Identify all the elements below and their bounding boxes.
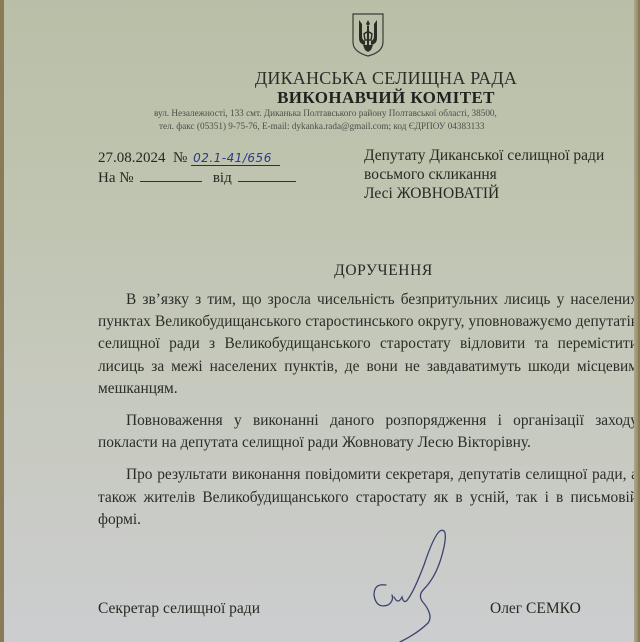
org-address: вул. Незалежності, 133 смт. Диканька Пол…: [154, 107, 594, 133]
reply-label: На №: [98, 170, 134, 186]
document-date: 27.08.2024: [98, 150, 166, 166]
reply-number-blank: [140, 169, 202, 182]
document-title: ДОРУЧЕННЯ: [4, 262, 638, 280]
body-paragraph: Повноваження у виконанні даного розпоряд…: [98, 410, 638, 454]
org-name: ДИКАНСЬКА СЕЛИЩНА РАДА: [4, 68, 638, 89]
reply-date-blank: [238, 169, 296, 182]
handwritten-number: 02.1-41/656: [191, 151, 280, 166]
address-line-2: тел. факс (05351) 9-75-76, E-mail: dykan…: [154, 120, 594, 133]
recipient-block: Депутату Диканської селищної ради восьмо…: [364, 146, 604, 203]
handwritten-signature-icon: [364, 525, 454, 642]
recipient-line-2: восьмого скликання: [364, 165, 604, 184]
document-body: В зв’язку з тим, що зросла чисельність б…: [98, 289, 638, 541]
document-page: ДИКАНСЬКА СЕЛИЩНА РАДА ВИКОНАВЧИЙ КОМІТЕ…: [4, 0, 638, 642]
body-paragraph: Про результати виконання повідомити секр…: [98, 464, 638, 531]
signatory-role: Секретар селищної ради: [98, 600, 260, 618]
from-label: від: [213, 170, 232, 186]
signatory-name: Олег СЕМКО: [490, 600, 581, 618]
address-line-1: вул. Незалежності, 133 смт. Диканька Пол…: [154, 107, 594, 120]
outgoing-reference: 27.08.2024 № 02.1-41/656 На № від: [98, 148, 296, 188]
body-paragraph: В зв’язку з тим, що зросла чисельність б…: [98, 289, 638, 400]
committee-name: ВИКОНАВЧИЙ КОМІТЕТ: [4, 88, 638, 108]
number-label: №: [173, 150, 187, 166]
recipient-line-1: Депутату Диканської селищної ради: [364, 146, 604, 165]
recipient-line-3: Лесі ЖОВНОВАТІЙ: [364, 184, 604, 203]
trident-coat-of-arms-icon: [350, 12, 386, 58]
